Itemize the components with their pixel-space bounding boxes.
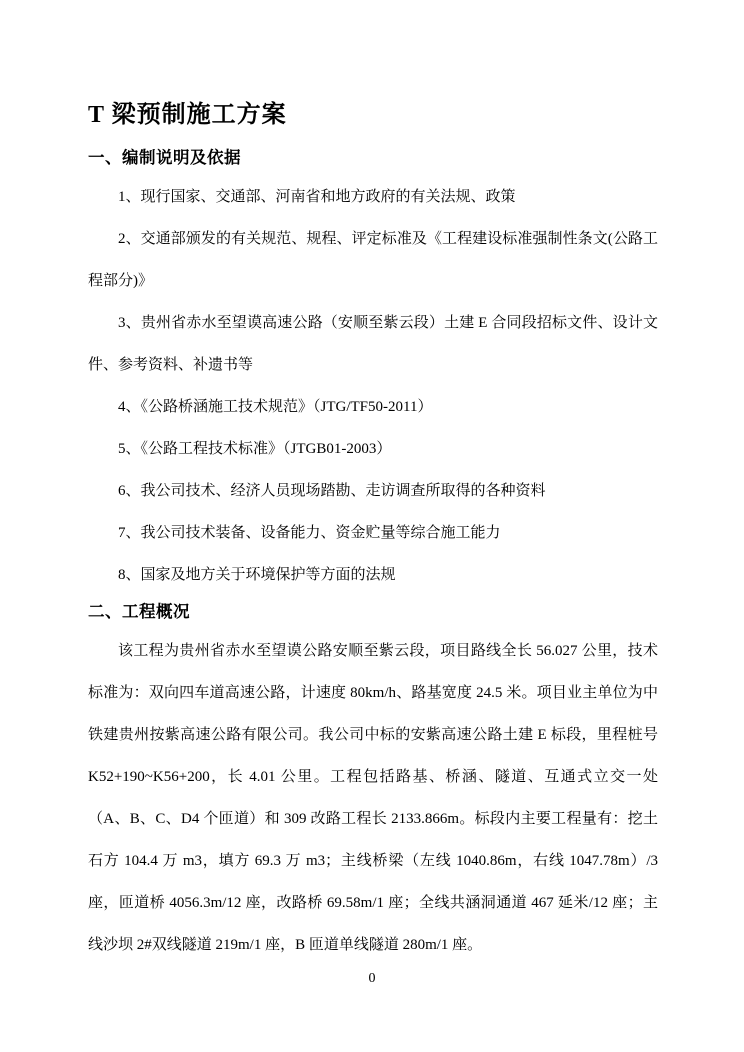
project-overview-paragraph: 该工程为贵州省赤水至望谟公路安顺至紫云段，项目路线全长 56.027 公里，技术… [88,630,658,966]
list-item-6: 6、我公司技术、经济人员现场踏勘、走访调查所取得的各种资料 [88,470,658,512]
section-heading-project-overview: 二、工程概况 [88,600,658,624]
list-item-4: 4、《公路桥涵施工技术规范》（JTG/TF50-2011） [88,386,658,428]
list-item-3: 3、贵州省赤水至望谟高速公路（安顺至紫云段）土建 E 合同段招标文件、设计文件、… [88,302,658,386]
section-heading-preparation-basis: 一、编制说明及依据 [88,146,658,170]
document-title: T 梁预制施工方案 [88,100,658,130]
document-content: T 梁预制施工方案 一、编制说明及依据 1、现行国家、交通部、河南省和地方政府的… [0,0,744,966]
list-item-7: 7、我公司技术装备、设备能力、资金贮量等综合施工能力 [88,512,658,554]
list-item-1: 1、现行国家、交通部、河南省和地方政府的有关法规、政策 [88,176,658,218]
document-page: T 梁预制施工方案 一、编制说明及依据 1、现行国家、交通部、河南省和地方政府的… [0,0,744,1052]
list-item-5: 5、《公路工程技术标准》（JTGB01-2003） [88,428,658,470]
page-number: 0 [0,970,744,988]
list-item-8: 8、国家及地方关于环境保护等方面的法规 [88,554,658,596]
list-item-2: 2、交通部颁发的有关规范、规程、评定标准及《工程建设标准强制性条文(公路工程部分… [88,218,658,302]
